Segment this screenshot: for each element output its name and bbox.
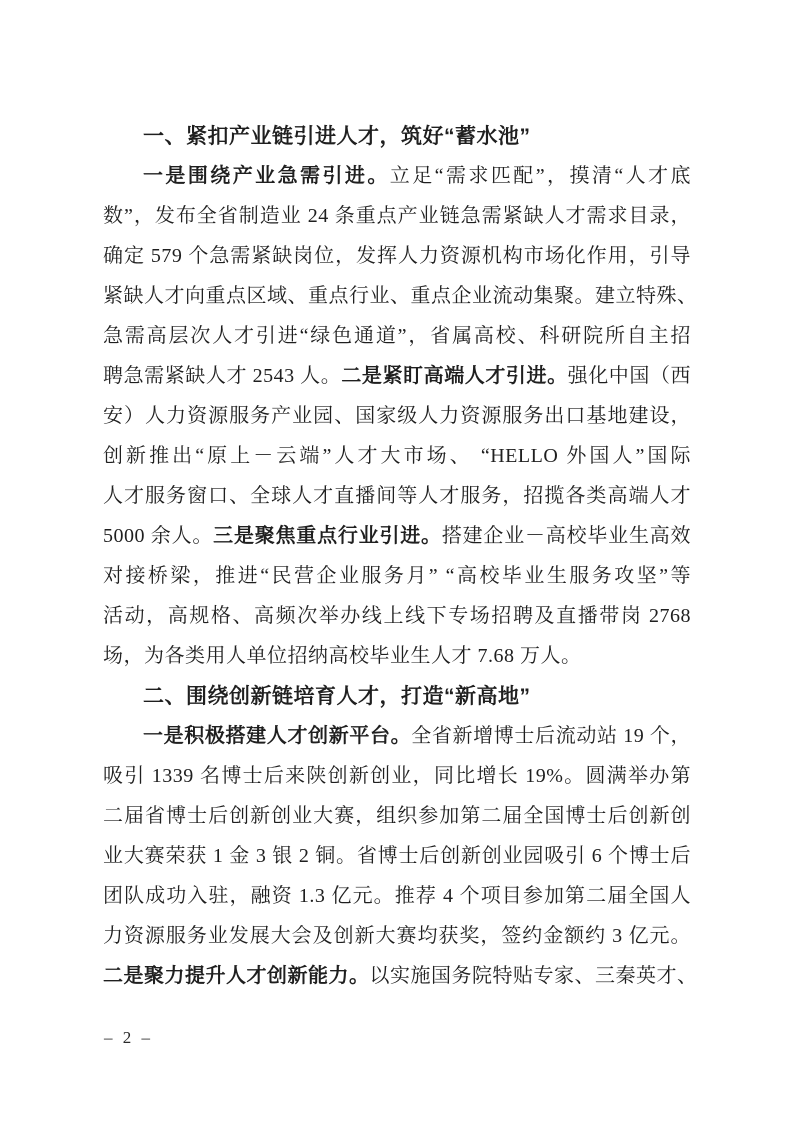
text-segment: 强化中国（西: [568, 365, 691, 387]
text-line: 紧缺人才向重点区域、重点行业、重点企业流动集聚。建立特殊、: [103, 276, 691, 316]
text-line: 安）人力资源服务产业园、国家级人力资源服务出口基地建设，: [103, 396, 691, 436]
text-line: 活动，高规格、高频次举办线上线下专场招聘及直播带岗 2768: [103, 596, 691, 636]
text-segment: 活动，高规格、高频次举办线上线下专场招聘及直播带岗 2768: [103, 605, 691, 627]
document-page: 一、紧扣产业链引进人才，筑好“蓄水池”一是围绕产业急需引进。立足“需求匹配”，摸…: [0, 0, 794, 1123]
text-segment: 二届省博士后创新创业大赛，组织参加第二届全国博士后创新创: [103, 805, 691, 827]
text-line: 团队成功入驻，融资 1.3 亿元。推荐 4 个项目参加第二届全国人: [103, 876, 691, 916]
text-line: 人才服务窗口、全球人才直播间等人才服务，招揽各类高端人才: [103, 476, 691, 516]
text-segment: 确定 579 个急需紧缺岗位，发挥人力资源机构市场化作用，引导: [103, 245, 691, 267]
text-line: 一是积极搭建人才创新平台。全省新增博士后流动站 19 个，: [103, 716, 691, 756]
section-heading: 二、围绕创新链培育人才，打造“新高地”: [103, 676, 691, 716]
bold-text-segment: 一、紧扣产业链引进人才，筑好“蓄水池”: [143, 125, 531, 148]
text-line: 二届省博士后创新创业大赛，组织参加第二届全国博士后创新创: [103, 796, 691, 836]
text-line: 业大赛荣获 1 金 3 银 2 铜。省博士后创新创业园吸引 6 个博士后: [103, 836, 691, 876]
text-line: 力资源服务业发展大会及创新大赛均获奖，签约金额约 3 亿元。: [103, 916, 691, 956]
text-segment: 全省新增博士后流动站 19 个，: [411, 725, 691, 747]
text-segment: 力资源服务业发展大会及创新大赛均获奖，签约金额约 3 亿元。: [103, 925, 691, 947]
text-segment: 业大赛荣获 1 金 3 银 2 铜。省博士后创新创业园吸引 6 个博士后: [103, 845, 691, 867]
text-line: 吸引 1339 名博士后来陕创新创业，同比增长 19%。圆满举办第: [103, 756, 691, 796]
text-segment: 以实施国务院特贴专家、三秦英才、: [370, 965, 698, 987]
text-segment: 立足“需求匹配”，摸清“人才底: [390, 165, 691, 187]
text-segment: 数”，发布全省制造业 24 条重点产业链急需紧缺人才需求目录，: [103, 205, 691, 227]
text-segment: 紧缺人才向重点区域、重点行业、重点企业流动集聚。建立特殊、: [103, 285, 698, 307]
bold-text-segment: 三是聚焦重点行业引进。: [213, 525, 442, 547]
section-heading: 一、紧扣产业链引进人才，筑好“蓄水池”: [103, 116, 691, 156]
text-line: 一是围绕产业急需引进。立足“需求匹配”，摸清“人才底: [103, 156, 691, 196]
text-segment: 聘急需紧缺人才 2543 人。: [103, 365, 341, 387]
text-line: 聘急需紧缺人才 2543 人。二是紧盯高端人才引进。强化中国（西: [103, 356, 691, 396]
text-line: 创新推出“原上－云端”人才大市场、 “HELLO 外国人”国际: [103, 436, 691, 476]
text-line: 场，为各类用人单位招纳高校毕业生人才 7.68 万人。: [103, 636, 691, 676]
text-segment: 人才服务窗口、全球人才直播间等人才服务，招揽各类高端人才: [103, 485, 691, 507]
text-line: 5000 余人。三是聚焦重点行业引进。搭建企业－高校毕业生高效: [103, 516, 691, 556]
bold-text-segment: 二是紧盯高端人才引进。: [341, 365, 567, 387]
text-segment: 搭建企业－高校毕业生高效: [442, 525, 691, 547]
text-line: 二是聚力提升人才创新能力。以实施国务院特贴专家、三秦英才、: [103, 956, 691, 996]
text-segment: 团队成功入驻，融资 1.3 亿元。推荐 4 个项目参加第二届全国人: [103, 885, 691, 907]
text-segment: 吸引 1339 名博士后来陕创新创业，同比增长 19%。圆满举办第: [103, 765, 691, 787]
text-segment: 场，为各类用人单位招纳高校毕业生人才 7.68 万人。: [103, 645, 582, 667]
text-segment: 安）人力资源服务产业园、国家级人力资源服务出口基地建设，: [103, 405, 691, 427]
text-segment: 5000 余人。: [103, 525, 213, 547]
bold-text-segment: 一是积极搭建人才创新平台。: [143, 725, 411, 747]
text-segment: 创新推出“原上－云端”人才大市场、 “HELLO 外国人”国际: [103, 445, 691, 467]
bold-text-segment: 二是聚力提升人才创新能力。: [103, 965, 370, 987]
bold-text-segment: 一是围绕产业急需引进。: [143, 165, 390, 187]
page-number: – 2 –: [104, 1026, 153, 1050]
text-line: 确定 579 个急需紧缺岗位，发挥人力资源机构市场化作用，引导: [103, 236, 691, 276]
text-line: 急需高层次人才引进“绿色通道”，省属高校、科研院所自主招: [103, 316, 691, 356]
text-line: 数”，发布全省制造业 24 条重点产业链急需紧缺人才需求目录，: [103, 196, 691, 236]
text-segment: 急需高层次人才引进“绿色通道”，省属高校、科研院所自主招: [103, 325, 691, 347]
text-line: 对接桥梁，推进“民营企业服务月” “高校毕业生服务攻坚”等: [103, 556, 691, 596]
bold-text-segment: 二、围绕创新链培育人才，打造“新高地”: [143, 685, 531, 708]
text-segment: 对接桥梁，推进“民营企业服务月” “高校毕业生服务攻坚”等: [103, 565, 691, 587]
document-body: 一、紧扣产业链引进人才，筑好“蓄水池”一是围绕产业急需引进。立足“需求匹配”，摸…: [103, 116, 691, 996]
